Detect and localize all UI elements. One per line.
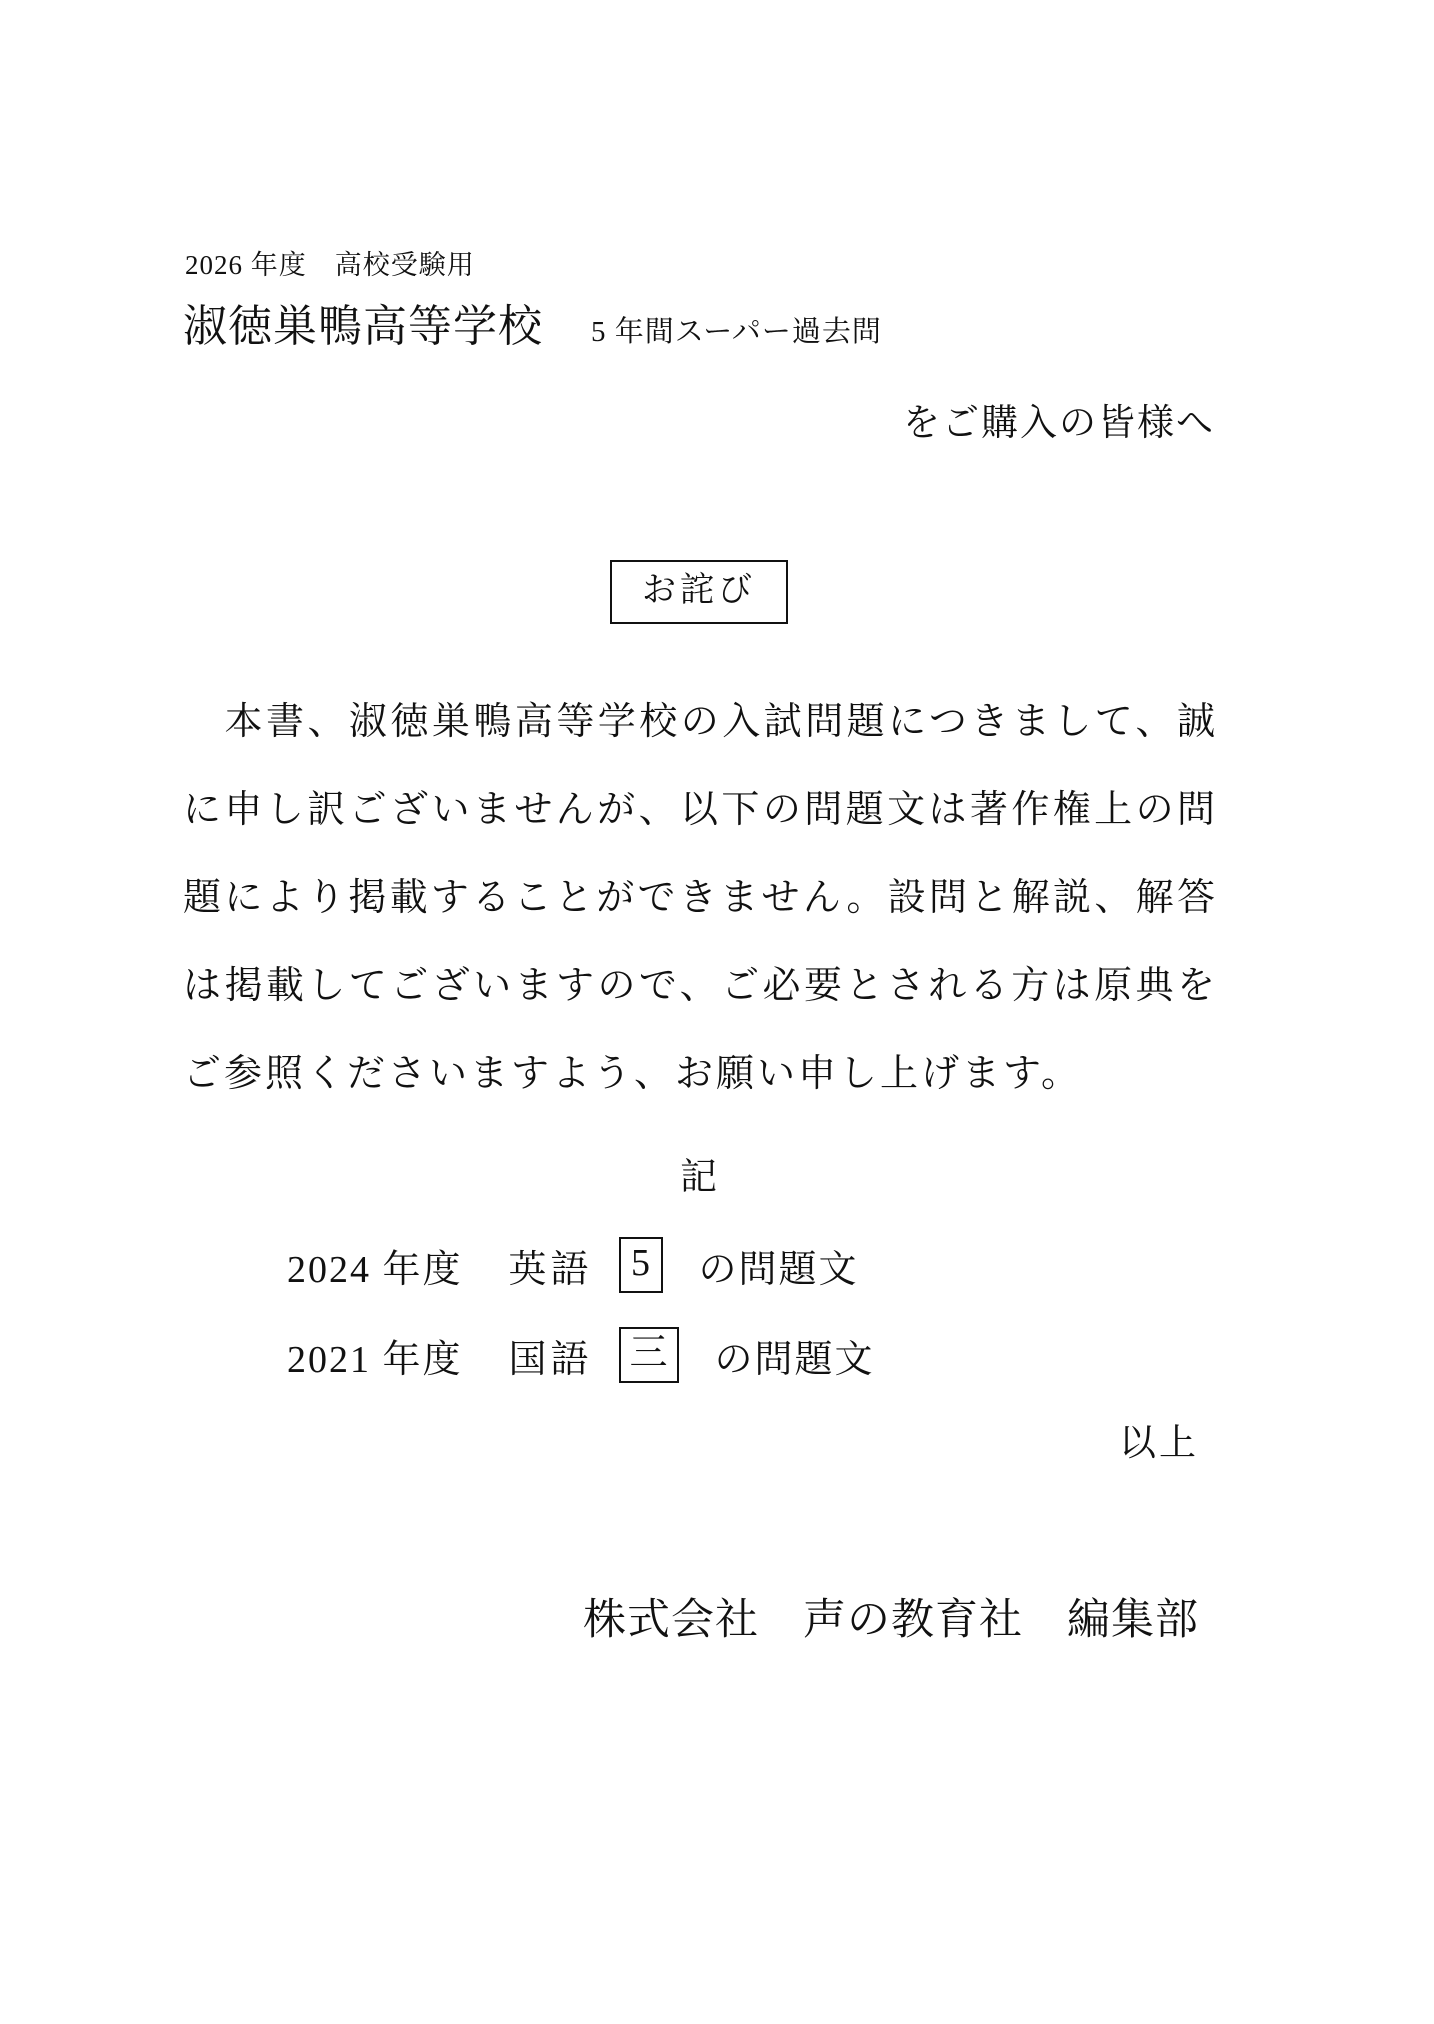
item-year: 2024 年度	[287, 1238, 463, 1293]
item-suffix: の問題文	[699, 1238, 859, 1293]
apology-box-label: お詫び	[610, 560, 788, 624]
item-number-box: 5	[619, 1237, 663, 1293]
paragraph-line: 題により掲載することができません。設問と解説、解答	[183, 854, 1215, 942]
withdrawn-items-list: 2024 年度 英語 5 の問題文 2021 年度 国語 三 の問題文	[287, 1220, 875, 1400]
apology-notice-page: 2026 年度 高校受験用 淑徳巣鴨高等学校 5 年間スーパー過去問 をご購入の…	[0, 0, 1434, 2024]
paragraph-line: ご参照くださいますよう、お願い申し上げます。	[183, 1030, 1215, 1118]
paragraph-line: は掲載してございますので、ご必要とされる方は原典を	[183, 942, 1215, 1030]
apology-box-wrap: お詫び	[183, 560, 1215, 624]
closing-line: 以上	[1119, 1412, 1199, 1466]
item-subject: 英語	[509, 1238, 593, 1293]
item-suffix: の問題文	[715, 1328, 875, 1383]
school-name: 淑徳巣鴨高等学校	[183, 290, 543, 354]
addressee-line: をご購入の皆様へ	[903, 392, 1215, 446]
book-title-row: 淑徳巣鴨高等学校 5 年間スーパー過去問	[183, 290, 882, 354]
item-subject: 国語	[509, 1328, 593, 1383]
paragraph-line: に申し訳ございませんが、以下の問題文は著作権上の問	[183, 766, 1215, 854]
series-name: 5 年間スーパー過去問	[591, 309, 882, 350]
list-item: 2024 年度 英語 5 の問題文	[287, 1220, 875, 1310]
item-year: 2021 年度	[287, 1328, 463, 1383]
edition-line: 2026 年度 高校受験用	[185, 243, 475, 282]
record-marker: 記	[183, 1146, 1215, 1200]
paragraph-line: 本書、淑徳巣鴨高等学校の入試問題につきまして、誠	[183, 678, 1215, 766]
page-content: 2026 年度 高校受験用 淑徳巣鴨高等学校 5 年間スーパー過去問 をご購入の…	[183, 0, 1215, 2024]
apology-paragraph: 本書、淑徳巣鴨高等学校の入試問題につきまして、誠 に申し訳ございませんが、以下の…	[183, 678, 1215, 1118]
list-item: 2021 年度 国語 三 の問題文	[287, 1310, 875, 1400]
publisher-line: 株式会社 声の教育社 編集部	[583, 1586, 1199, 1647]
item-number-box: 三	[619, 1327, 679, 1383]
